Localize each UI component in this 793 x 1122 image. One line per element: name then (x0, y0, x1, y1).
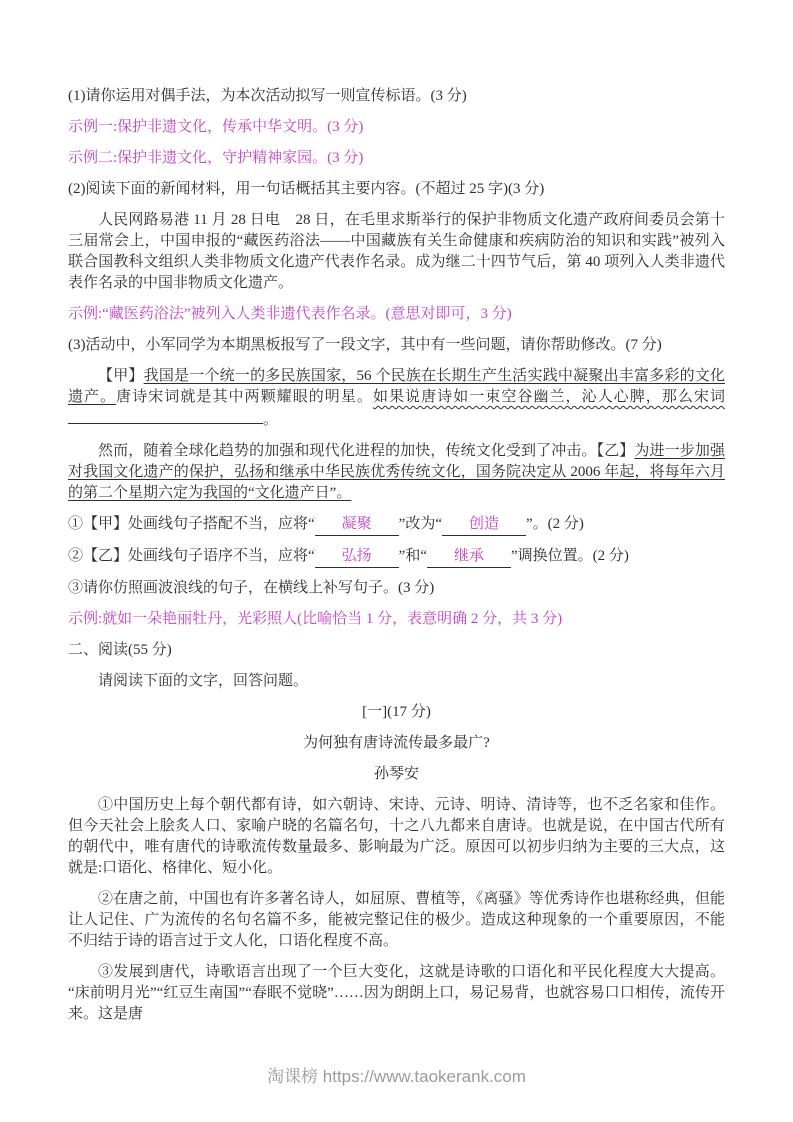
passage-paragraph-1: ①中国历史上每个朝代都有诗，如六朝诗、宋诗、元诗、明诗、清诗等，也不乏名家和佳作… (68, 795, 725, 879)
sub2-answer-blank-1: 弘扬 (315, 546, 399, 568)
passage-author: 孙琴安 (68, 764, 725, 785)
passage-paragraph-3: ③发展到唐代，诗歌语言出现了一个巨大变化，这就是诗歌的口语化和平民化程度大大提高… (68, 962, 725, 1025)
section2-intro: 请阅读下面的文字，回答问题。 (68, 671, 725, 692)
q3-jia-paragraph: 【甲】我国是一个统一的多民族国家，56 个民族在长期生产生活实践中凝聚出丰富多彩… (68, 366, 725, 431)
q1-prompt: (1)请你运用对偶手法，为本次活动拟写一则宣传标语。(3 分) (68, 86, 725, 107)
exam-content: (1)请你运用对偶手法，为本次活动拟写一则宣传标语。(3 分) 示例一:保护非遗… (0, 0, 793, 1025)
q3-sub3-example: 示例:就如一朵艳丽牡丹，光彩照人(比喻恰当 1 分，表意明确 2 分，共 3 分… (68, 609, 725, 630)
q1-example-1: 示例一:保护非遗文化，传承中华文明。(3 分) (68, 117, 725, 138)
sub1-answer-blank-2: 创造 (442, 514, 526, 536)
jia-label: 【甲】 (98, 368, 144, 384)
answer-blank-line (68, 408, 263, 424)
sub2-pre: ②【乙】处画线句子语序不当，应将“ (68, 548, 315, 564)
sub1-answer-blank-1: 凝聚 (315, 514, 399, 536)
yi-plain-sentence: 然而，随着全球化趋势的加强和现代化进程的加快，传统文化受到了冲击。 (98, 443, 597, 459)
sub1-mid: ”改为“ (399, 516, 442, 532)
footer-site-link[interactable]: 淘课榜 https://www.taokerank.com (267, 1067, 526, 1086)
sub1-pre: ①【甲】处画线句子搭配不当，应将“ (68, 516, 315, 532)
q2-example: 示例:“藏医药浴法”被列入人类非遗代表作名录。(意思对即可，3 分) (68, 304, 725, 325)
yi-label: 【乙】 (597, 443, 635, 459)
exam-paper-page: { "colors": { "text": "#2e2e2e", "answer… (0, 0, 793, 1122)
sub2-mid: ”和“ (399, 548, 427, 564)
q3-prompt: (3)活动中，小军同学为本期黑板报写了一段文字，其中有一些问题，请你帮助修改。(… (68, 335, 725, 356)
q1-example-2: 示例二:保护非遗文化，守护精神家园。(3 分) (68, 148, 725, 169)
q2-news-material: 人民网路易港 11 月 28 日电 28 日，在毛里求斯举行的保护非物质文化遗产… (68, 210, 725, 294)
q3-sub2: ②【乙】处画线句子语序不当，应将“弘扬”和“继承”调换位置。(2 分) (68, 546, 725, 568)
q3-sub1: ①【甲】处画线句子搭配不当，应将“凝聚”改为“创造”。(2 分) (68, 514, 725, 536)
q2-prompt: (2)阅读下面的新闻材料，用一句话概括其主要内容。(不超过 25 字)(3 分) (68, 179, 725, 200)
sub2-answer-blank-2: 继承 (427, 546, 511, 568)
site-footer: 淘课榜 https://www.taokerank.com (0, 1062, 793, 1087)
jia-period: 。 (263, 412, 278, 428)
jia-wavy-sentence: 如果说唐诗如一束空谷幽兰，沁人心脾，那么宋词 (373, 389, 725, 405)
q3-yi-paragraph: 然而，随着全球化趋势的加强和现代化进程的加快，传统文化受到了冲击。【乙】为进一步… (68, 441, 725, 504)
passage-paragraph-2: ②在唐之前，中国也有许多著名诗人，如屈原、曹植等，《离骚》等优秀诗作也堪称经典，… (68, 889, 725, 952)
passage-title: 为何独有唐诗流传最多最广? (68, 733, 725, 754)
sub1-post: ”。(2 分) (526, 516, 584, 532)
q3-sub3-prompt: ③请你仿照画波浪线的句子，在横线上补写句子。(3 分) (68, 578, 725, 599)
passage-number: [一](17 分) (68, 702, 725, 723)
sub2-post: ”调换位置。(2 分) (511, 548, 629, 564)
jia-plain-sentence: 唐诗宋词就是其中两颗耀眼的明星。 (116, 389, 373, 405)
section2-heading: 二、阅读(55 分) (68, 640, 725, 661)
